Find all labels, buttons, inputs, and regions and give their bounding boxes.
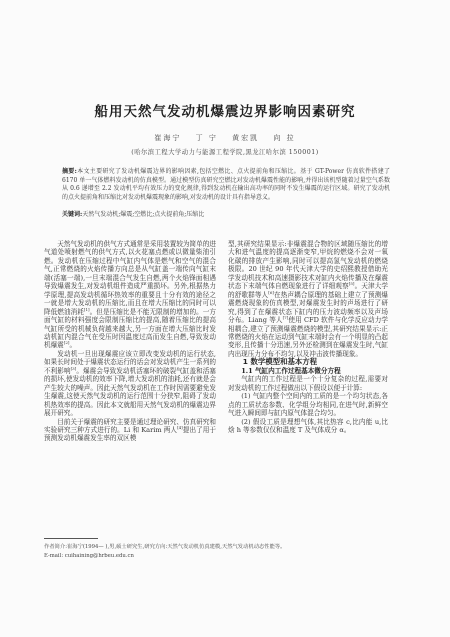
- footnote: 作者简介:崔海宁(1994— ),男,硕士研究生,研究方向:天然气发动机仿真建模…: [44, 543, 404, 560]
- author: 崔海宁: [154, 134, 181, 142]
- author: 黄宏凯: [232, 134, 259, 142]
- affiliation: (哈尔滨工程大学动力与能源工程学院,黑龙江哈尔滨 150001): [0, 147, 450, 156]
- author-email: E-mail: cuihaining@hrbeu.edu.cn: [44, 552, 404, 561]
- abstract: 摘要:本文主要研究了发动机爆震边界的影响因素,包括空燃比、点火提前角和压缩比。基…: [62, 168, 390, 202]
- author-bio: 作者简介:崔海宁(1994— ),男,硕士研究生,研究方向:天然气发动机仿真建模…: [44, 543, 404, 552]
- left-column: 天然气发动机的供气方式通常是采用装置较为简单的进气道处喷射燃气的供气方式,以火花…: [44, 240, 216, 443]
- body-text: 。爆震会导致发动机活塞环的破裂气缸盖和活塞的损坏,使发动机的效率下降,增大发动机…: [44, 367, 216, 417]
- abstract-text: 本文主要研究了发动机爆震边界的影响因素,包括空燃比、点火提前角和压缩比。基于 G…: [62, 168, 390, 201]
- paragraph: 目前关于爆震的研究主要是通过理论研究、仿真研究和实验研究三种方式进行的。Li 和…: [44, 418, 216, 443]
- keywords: 关键词:天然气发动机;爆震;空燃比;点火提前角;压缩比: [62, 211, 390, 220]
- paragraph: 发动机一旦出现爆震应该立即改变发动机的运行状态,如果长时间处于爆震状态运行的话会…: [44, 350, 216, 418]
- author: 向 拉: [273, 134, 295, 142]
- keywords-label: 关键词:: [62, 211, 82, 218]
- paper-page: 船用天然气发动机爆震边界影响因素研究 崔海宁 丁 宁 黄宏凯 向 拉 (哈尔滨工…: [0, 0, 450, 637]
- paragraph: (2) 假设工质是理想气体,其比热容 c,比内能 u,比焓 h 等参数仅仅和温度…: [228, 418, 388, 435]
- paragraph: 气缸内的工作过程是一个十分复杂的过程,需要对对发动机的工作过程做出以下假设以便于…: [228, 375, 388, 392]
- paragraph: 型,其研究结果显示:非爆震混合物的区域随压缩比的增大和进气温度的提高逐渐变窄,甲…: [228, 240, 388, 358]
- keywords-text: 天然气发动机;爆震;空燃比;点火提前角;压缩比: [82, 211, 204, 218]
- body-text: 天然气发动机的供气方式通常是采用装置较为简单的进气道处喷射燃气的供气方式,以火花…: [44, 240, 216, 316]
- body-text: 。: [69, 341, 76, 349]
- author-list: 崔海宁 丁 宁 黄宏凯 向 拉: [0, 133, 450, 143]
- footnote-divider: [44, 538, 98, 539]
- paper-title: 船用天然气发动机爆震边界影响因素研究: [0, 100, 450, 120]
- subsection-heading: 1.1 气缸内工作过程基本微分方程: [228, 367, 388, 375]
- paragraph: 天然气发动机的供气方式通常是采用装置较为简单的进气道处喷射燃气的供气方式,以火花…: [44, 240, 216, 350]
- right-column: 型,其研究结果显示:非爆震混合物的区域随压缩比的增大和进气温度的提高逐渐变窄,甲…: [228, 240, 388, 434]
- abstract-label: 摘要:: [62, 168, 77, 175]
- paragraph: (1) 气缸内整个空间内的工质的是一个均匀状态,各点的工质状态参数、化学组分均相…: [228, 392, 388, 417]
- section-heading: 1 数学模型和基本方程: [228, 358, 388, 366]
- author: 丁 宁: [196, 134, 218, 142]
